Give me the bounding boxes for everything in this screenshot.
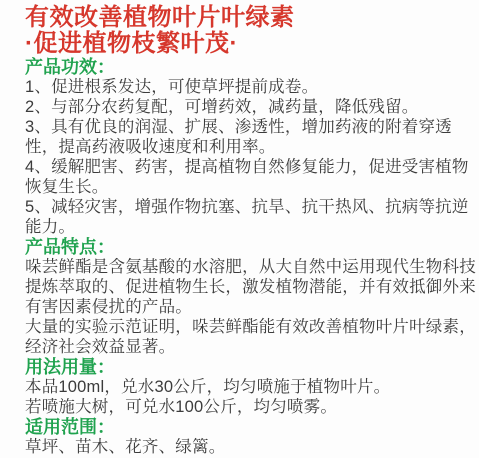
- section-usage-dosage: 用法用量： 本品100ml，兑水30公斤，均匀喷施于植物叶片。 若喷施大树，可兑…: [25, 357, 471, 417]
- body-line: 提炼萃取的、促进植物生长，激发植物潜能，并有效抵御外来: [25, 277, 471, 297]
- body-line: 1、促进根系发达，可使草坪提前成卷。: [25, 77, 471, 97]
- body-line: 性，提高药液吸收速度和利用率。: [25, 137, 471, 157]
- body-line: 草坪、苗木、花齐、绿篱。: [25, 437, 471, 457]
- page-title-line-1: 有效改善植物叶片叶绿素: [25, 5, 471, 31]
- section-heading-applicable-scope: 适用范围：: [25, 417, 471, 437]
- body-line: 恢复生长。: [25, 177, 471, 197]
- body-line: 本品100ml，兑水30公斤，均匀喷施于植物叶片。: [25, 377, 471, 397]
- body-line: 有害因素侵扰的产品。: [25, 297, 471, 317]
- section-product-features: 产品特点： 哚芸鲜酯是含氨基酸的水溶肥，从大自然中运用现代生物科技 提炼萃取的、…: [25, 237, 471, 357]
- body-line: 5、减轻灾害，增强作物抗塞、抗旱、抗干热风、抗病等抗逆: [25, 197, 471, 217]
- product-description-page: 有效改善植物叶片叶绿素 ·促进植物枝繁叶茂· 产品功效： 1、促进根系发达，可使…: [0, 0, 479, 458]
- section-heading-product-efficacy: 产品功效：: [25, 57, 471, 77]
- section-heading-product-features: 产品特点：: [25, 237, 471, 257]
- body-line: 能力。: [25, 217, 471, 237]
- body-line: 3、具有优良的润湿、扩展、渗透性，增加药液的附着穿透: [25, 117, 471, 137]
- body-line: 大量的实验示范证明，哚芸鲜酯能有效改善植物叶片叶绿素，: [25, 317, 471, 337]
- body-line: 2、与部分农药复配，可增药效，减药量，降低残留。: [25, 97, 471, 117]
- section-heading-usage-dosage: 用法用量：: [25, 357, 471, 377]
- body-line: 若喷施大树，可兑水100公斤，均匀喷雾。: [25, 397, 471, 417]
- page-title-line-2: ·促进植物枝繁叶茂·: [25, 31, 471, 57]
- body-line: 4、缓解肥害、药害，提高植物自然修复能力，促进受害植物: [25, 157, 471, 177]
- body-line: 经济社会效益显著。: [25, 337, 471, 357]
- section-product-efficacy: 产品功效： 1、促进根系发达，可使草坪提前成卷。 2、与部分农药复配，可增药效，…: [25, 57, 471, 237]
- section-applicable-scope: 适用范围： 草坪、苗木、花齐、绿篱。: [25, 417, 471, 457]
- body-line: 哚芸鲜酯是含氨基酸的水溶肥，从大自然中运用现代生物科技: [25, 257, 471, 277]
